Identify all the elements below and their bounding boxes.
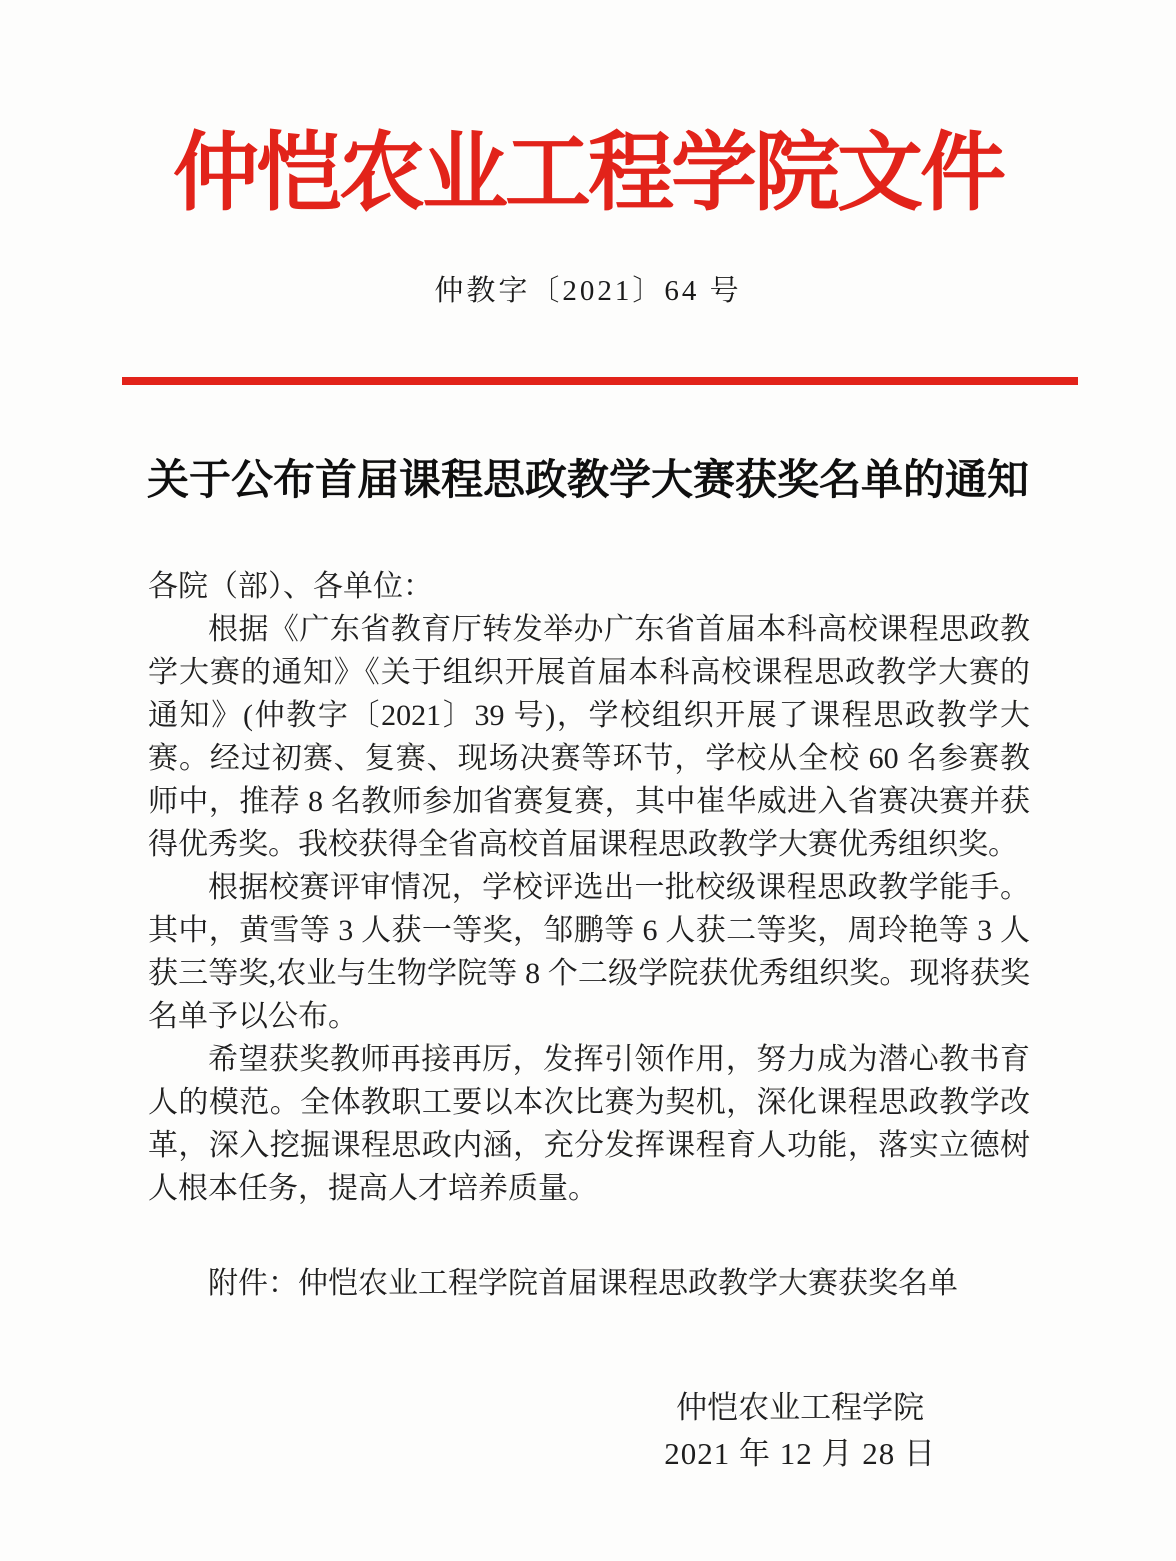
salutation-line: 各院（部）、各单位： xyxy=(148,565,1030,608)
red-divider-rule xyxy=(122,377,1078,385)
body-paragraph-3: 希望获奖教师再接再厉，发挥引领作用，努力成为潜心教书育人的模范。全体教职工要以本… xyxy=(148,1038,1030,1210)
body-paragraph-1: 根据《广东省教育厅转发举办广东省首届本科高校课程思政教学大赛的通知》《关于组织开… xyxy=(148,608,1030,866)
official-document-page: 仲恺农业工程学院文件 仲教字〔2021〕64 号 关于公布首届课程思政教学大赛获… xyxy=(0,0,1176,1561)
attachment-line: 附件：仲恺农业工程学院首届课程思政教学大赛获奖名单 xyxy=(148,1262,1030,1305)
signature-date: 2021 年 12 月 28 日 xyxy=(664,1431,936,1477)
document-body: 各院（部）、各单位： 根据《广东省教育厅转发举办广东省首届本科高校课程思政教学大… xyxy=(148,565,1030,1210)
red-header-org-title: 仲恺农业工程学院文件 xyxy=(0,0,1176,218)
doc-reference-number: 仲教字〔2021〕64 号 xyxy=(0,268,1176,309)
signature-block: 仲恺农业工程学院 2021 年 12 月 28 日 xyxy=(664,1385,936,1477)
body-paragraph-2: 根据校赛评审情况，学校评选出一批校级课程思政教学能手。其中，黄雪等 3 人获一等… xyxy=(148,866,1030,1038)
signature-org-name: 仲恺农业工程学院 xyxy=(664,1385,936,1431)
document-title: 关于公布首届课程思政教学大赛获奖名单的通知 xyxy=(0,447,1176,507)
